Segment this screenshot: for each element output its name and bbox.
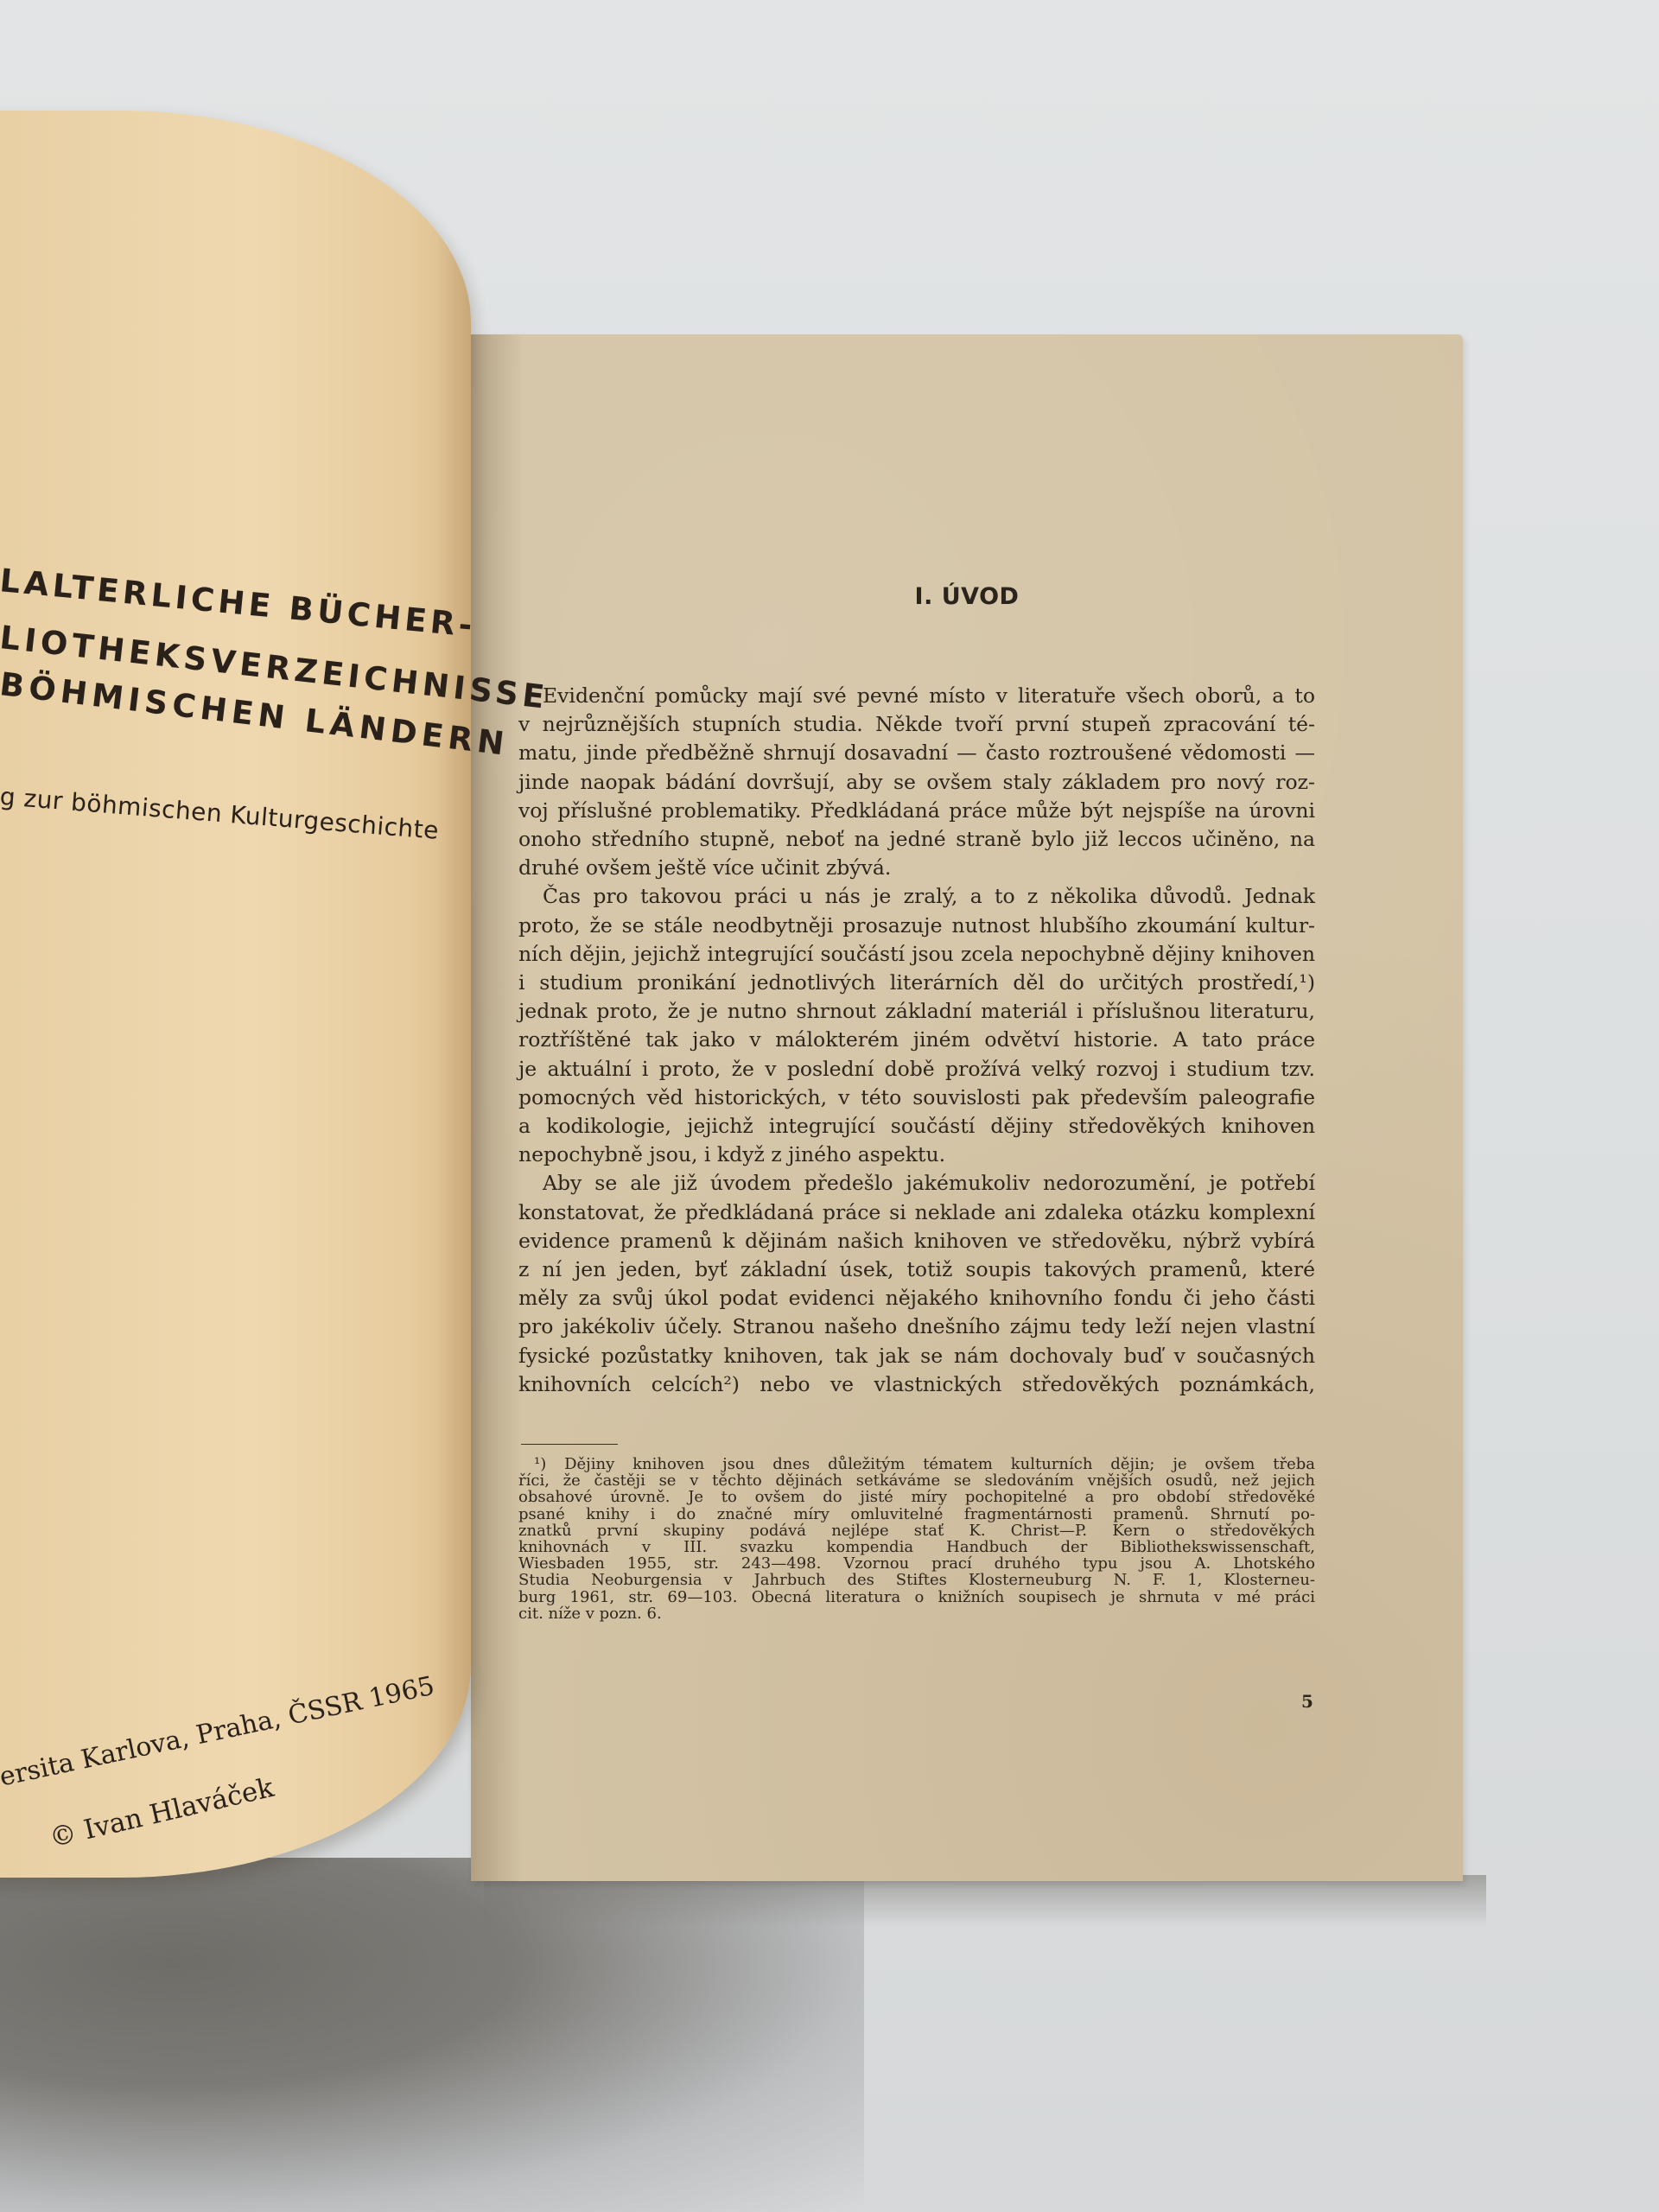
- text-line: a kodikologie, jejichž integrující součá…: [518, 1112, 1315, 1141]
- footnote-line: znatků první skupiny podává nejlépe stať…: [518, 1522, 1315, 1539]
- body-text: Evidenční pomůcky mají své pevné místo v…: [518, 682, 1315, 1399]
- right-page: I. ÚVOD Evidenční pomůcky mají své pevné…: [471, 334, 1463, 1881]
- chapter-heading: I. ÚVOD: [471, 583, 1463, 610]
- footnote-line: Wiesbaden 1955, str. 243—498. Vzornou pr…: [518, 1555, 1315, 1572]
- text-line: druhé ovšem ještě více učinit zbývá.: [518, 854, 1315, 882]
- page-number: 5: [1301, 1691, 1313, 1712]
- text-line: jednak proto, že je nutno shrnout základ…: [518, 997, 1315, 1026]
- text-line: i studium pronikání jednotlivých literár…: [518, 969, 1315, 997]
- text-line: Aby se ale již úvodem předešlo jakémukol…: [518, 1169, 1315, 1198]
- text-line: nepochybně jsou, i když z jiného aspektu…: [518, 1141, 1315, 1169]
- footnote-line: burg 1961, str. 69—103. Obecná literatur…: [518, 1589, 1315, 1605]
- text-line: voj příslušné problematiky. Předkládaná …: [518, 797, 1315, 825]
- text-line: ních dějin, jejichž integrující součástí…: [518, 940, 1315, 969]
- text-line: Čas pro takovou práci u nás je zralý, a …: [518, 882, 1315, 911]
- text-line: matu, jinde předběžně shrnují dosavadní …: [518, 739, 1315, 767]
- footnote-line: knihovnách v III. svazku kompendia Handb…: [518, 1539, 1315, 1555]
- text-line: proto, že se stále neodbytněji prosazuje…: [518, 912, 1315, 940]
- footnote: ¹) Dějiny knihoven jsou dnes důležitým t…: [518, 1456, 1315, 1622]
- text-line: z ní jen jeden, byť základní úsek, totiž…: [518, 1255, 1315, 1284]
- footnote-line: Studia Neoburgensia v Jahrbuch des Stift…: [518, 1572, 1315, 1588]
- text-line: roztříštěné tak jako v málokterém jiném …: [518, 1026, 1315, 1054]
- text-line: v nejrůznějších stupních studia. Někde t…: [518, 710, 1315, 739]
- left-page: [0, 111, 471, 1878]
- footnote-line: cit. níže v pozn. 6.: [518, 1605, 1315, 1622]
- footnote-line: říci, že častěji se v těchto dějinách se…: [518, 1472, 1315, 1489]
- spine-shade: [471, 334, 523, 1881]
- text-line: Evidenční pomůcky mají své pevné místo v…: [518, 682, 1315, 710]
- text-line: pro jakékoliv účely. Stranou našeho dneš…: [518, 1313, 1315, 1341]
- footnote-line: psané knihy i do značné míry omluvitelné…: [518, 1506, 1315, 1522]
- footnote-divider: [521, 1444, 618, 1445]
- page-shadow: [484, 1875, 1486, 1927]
- text-line: konstatovat, že předkládaná práce si nek…: [518, 1198, 1315, 1227]
- footnote-line: ¹) Dějiny knihoven jsou dnes důležitým t…: [518, 1456, 1315, 1472]
- text-line: evidence pramenů k dějinám našich knihov…: [518, 1227, 1315, 1255]
- text-line: je aktuální i proto, že v poslední době …: [518, 1055, 1315, 1084]
- text-line: pomocných věd historických, v této souvi…: [518, 1084, 1315, 1112]
- text-line: měly za svůj úkol podat evidenci nějakéh…: [518, 1284, 1315, 1313]
- text-line: onoho středního stupně, neboť na jedné s…: [518, 825, 1315, 854]
- gutter-shade: [436, 111, 471, 1878]
- text-line: fysické pozůstatky knihoven, tak jak se …: [518, 1342, 1315, 1370]
- text-line: jinde naopak bádání dovršují, aby se ovš…: [518, 768, 1315, 797]
- footnote-line: obsahové úrovně. Je to ovšem do jisté mí…: [518, 1489, 1315, 1505]
- text-line: knihovních celcích²) nebo ve vlastnickýc…: [518, 1370, 1315, 1399]
